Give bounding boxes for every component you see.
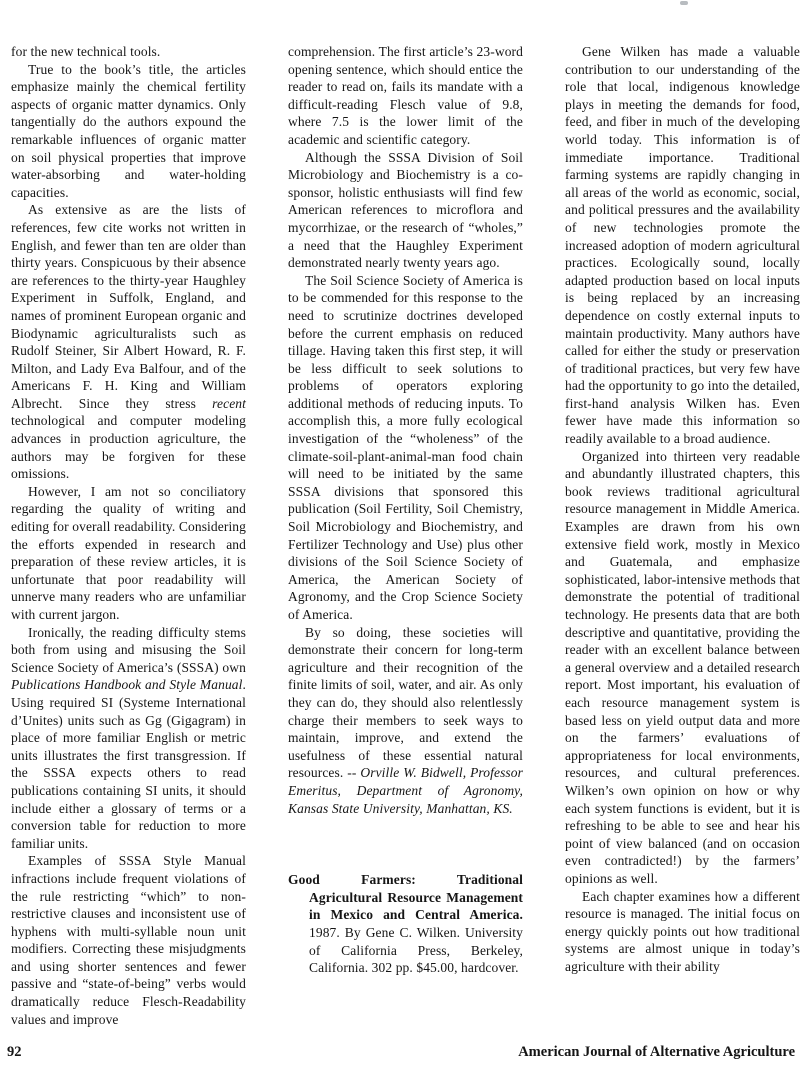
- text-segment-bold: Good Farmers: Traditional Agricultural R…: [288, 872, 523, 922]
- journal-page: for the new technical tools.True to the …: [0, 0, 800, 1079]
- text-segment-italic: recent: [212, 396, 246, 411]
- paragraph: True to the book’s title, the articles e…: [11, 61, 246, 202]
- page-number: 92: [7, 1044, 22, 1061]
- book-citation: Good Farmers: Traditional Agricultural R…: [288, 871, 523, 977]
- paragraph: As extensive as are the lists of referen…: [11, 201, 246, 483]
- paragraph: Organized into thirteen very readable an…: [565, 448, 800, 888]
- text-segment-normal: Gene Wilken has made a valuable contribu…: [565, 44, 800, 446]
- text-segment-normal: for the new technical tools.: [11, 44, 160, 59]
- paragraph: Gene Wilken has made a valuable contribu…: [565, 43, 800, 448]
- text-segment-normal: However, I am not so conciliatory regard…: [11, 484, 246, 622]
- text-segment-normal: . Using required SI (Systeme Internation…: [11, 677, 246, 850]
- page-columns: for the new technical tools.True to the …: [0, 0, 800, 1028]
- text-segment-italic: Publications Handbook and Style Manual: [11, 677, 243, 692]
- text-segment-normal: comprehension. The first article’s 23-wo…: [288, 44, 523, 147]
- paragraph: Each chapter examines how a different re…: [565, 888, 800, 976]
- scan-artifact-speck: [680, 1, 688, 5]
- text-column-left: for the new technical tools.True to the …: [11, 43, 246, 1028]
- paragraph: comprehension. The first article’s 23-wo…: [288, 43, 523, 149]
- text-segment-normal: The Soil Science Society of America is t…: [288, 273, 523, 622]
- text-segment-normal: As extensive as are the lists of referen…: [11, 202, 246, 411]
- paragraph: Although the SSSA Division of Soil Micro…: [288, 149, 523, 272]
- text-column-right: Gene Wilken has made a valuable contribu…: [565, 43, 800, 1028]
- paragraph: Ironically, the reading difficulty stems…: [11, 624, 246, 853]
- text-segment-normal: True to the book’s title, the articles e…: [11, 62, 246, 200]
- text-segment-normal: Ironically, the reading difficulty stems…: [11, 625, 246, 675]
- text-segment-normal: Each chapter examines how a different re…: [565, 889, 800, 974]
- text-segment-normal: By so doing, these societies will demons…: [288, 625, 523, 781]
- text-segment-normal: Although the SSSA Division of Soil Micro…: [288, 150, 523, 271]
- paragraph: However, I am not so conciliatory regard…: [11, 483, 246, 624]
- text-column-middle: comprehension. The first article’s 23-wo…: [288, 43, 523, 1028]
- text-segment-normal: 1987. By Gene C. Wilken. University of C…: [309, 925, 523, 975]
- text-segment-normal: technological and computer modeling adva…: [11, 413, 246, 481]
- text-segment-normal: Examples of SSSA Style Manual infraction…: [11, 853, 246, 1026]
- paragraph: The Soil Science Society of America is t…: [288, 272, 523, 624]
- paragraph: Examples of SSSA Style Manual infraction…: [11, 852, 246, 1028]
- paragraph: By so doing, these societies will demons…: [288, 624, 523, 818]
- journal-title: American Journal of Alternative Agricult…: [518, 1044, 795, 1061]
- text-segment-normal: Organized into thirteen very readable an…: [565, 449, 800, 886]
- page-footer: 92 American Journal of Alternative Agric…: [8, 1044, 795, 1061]
- paragraph: for the new technical tools.: [11, 43, 246, 61]
